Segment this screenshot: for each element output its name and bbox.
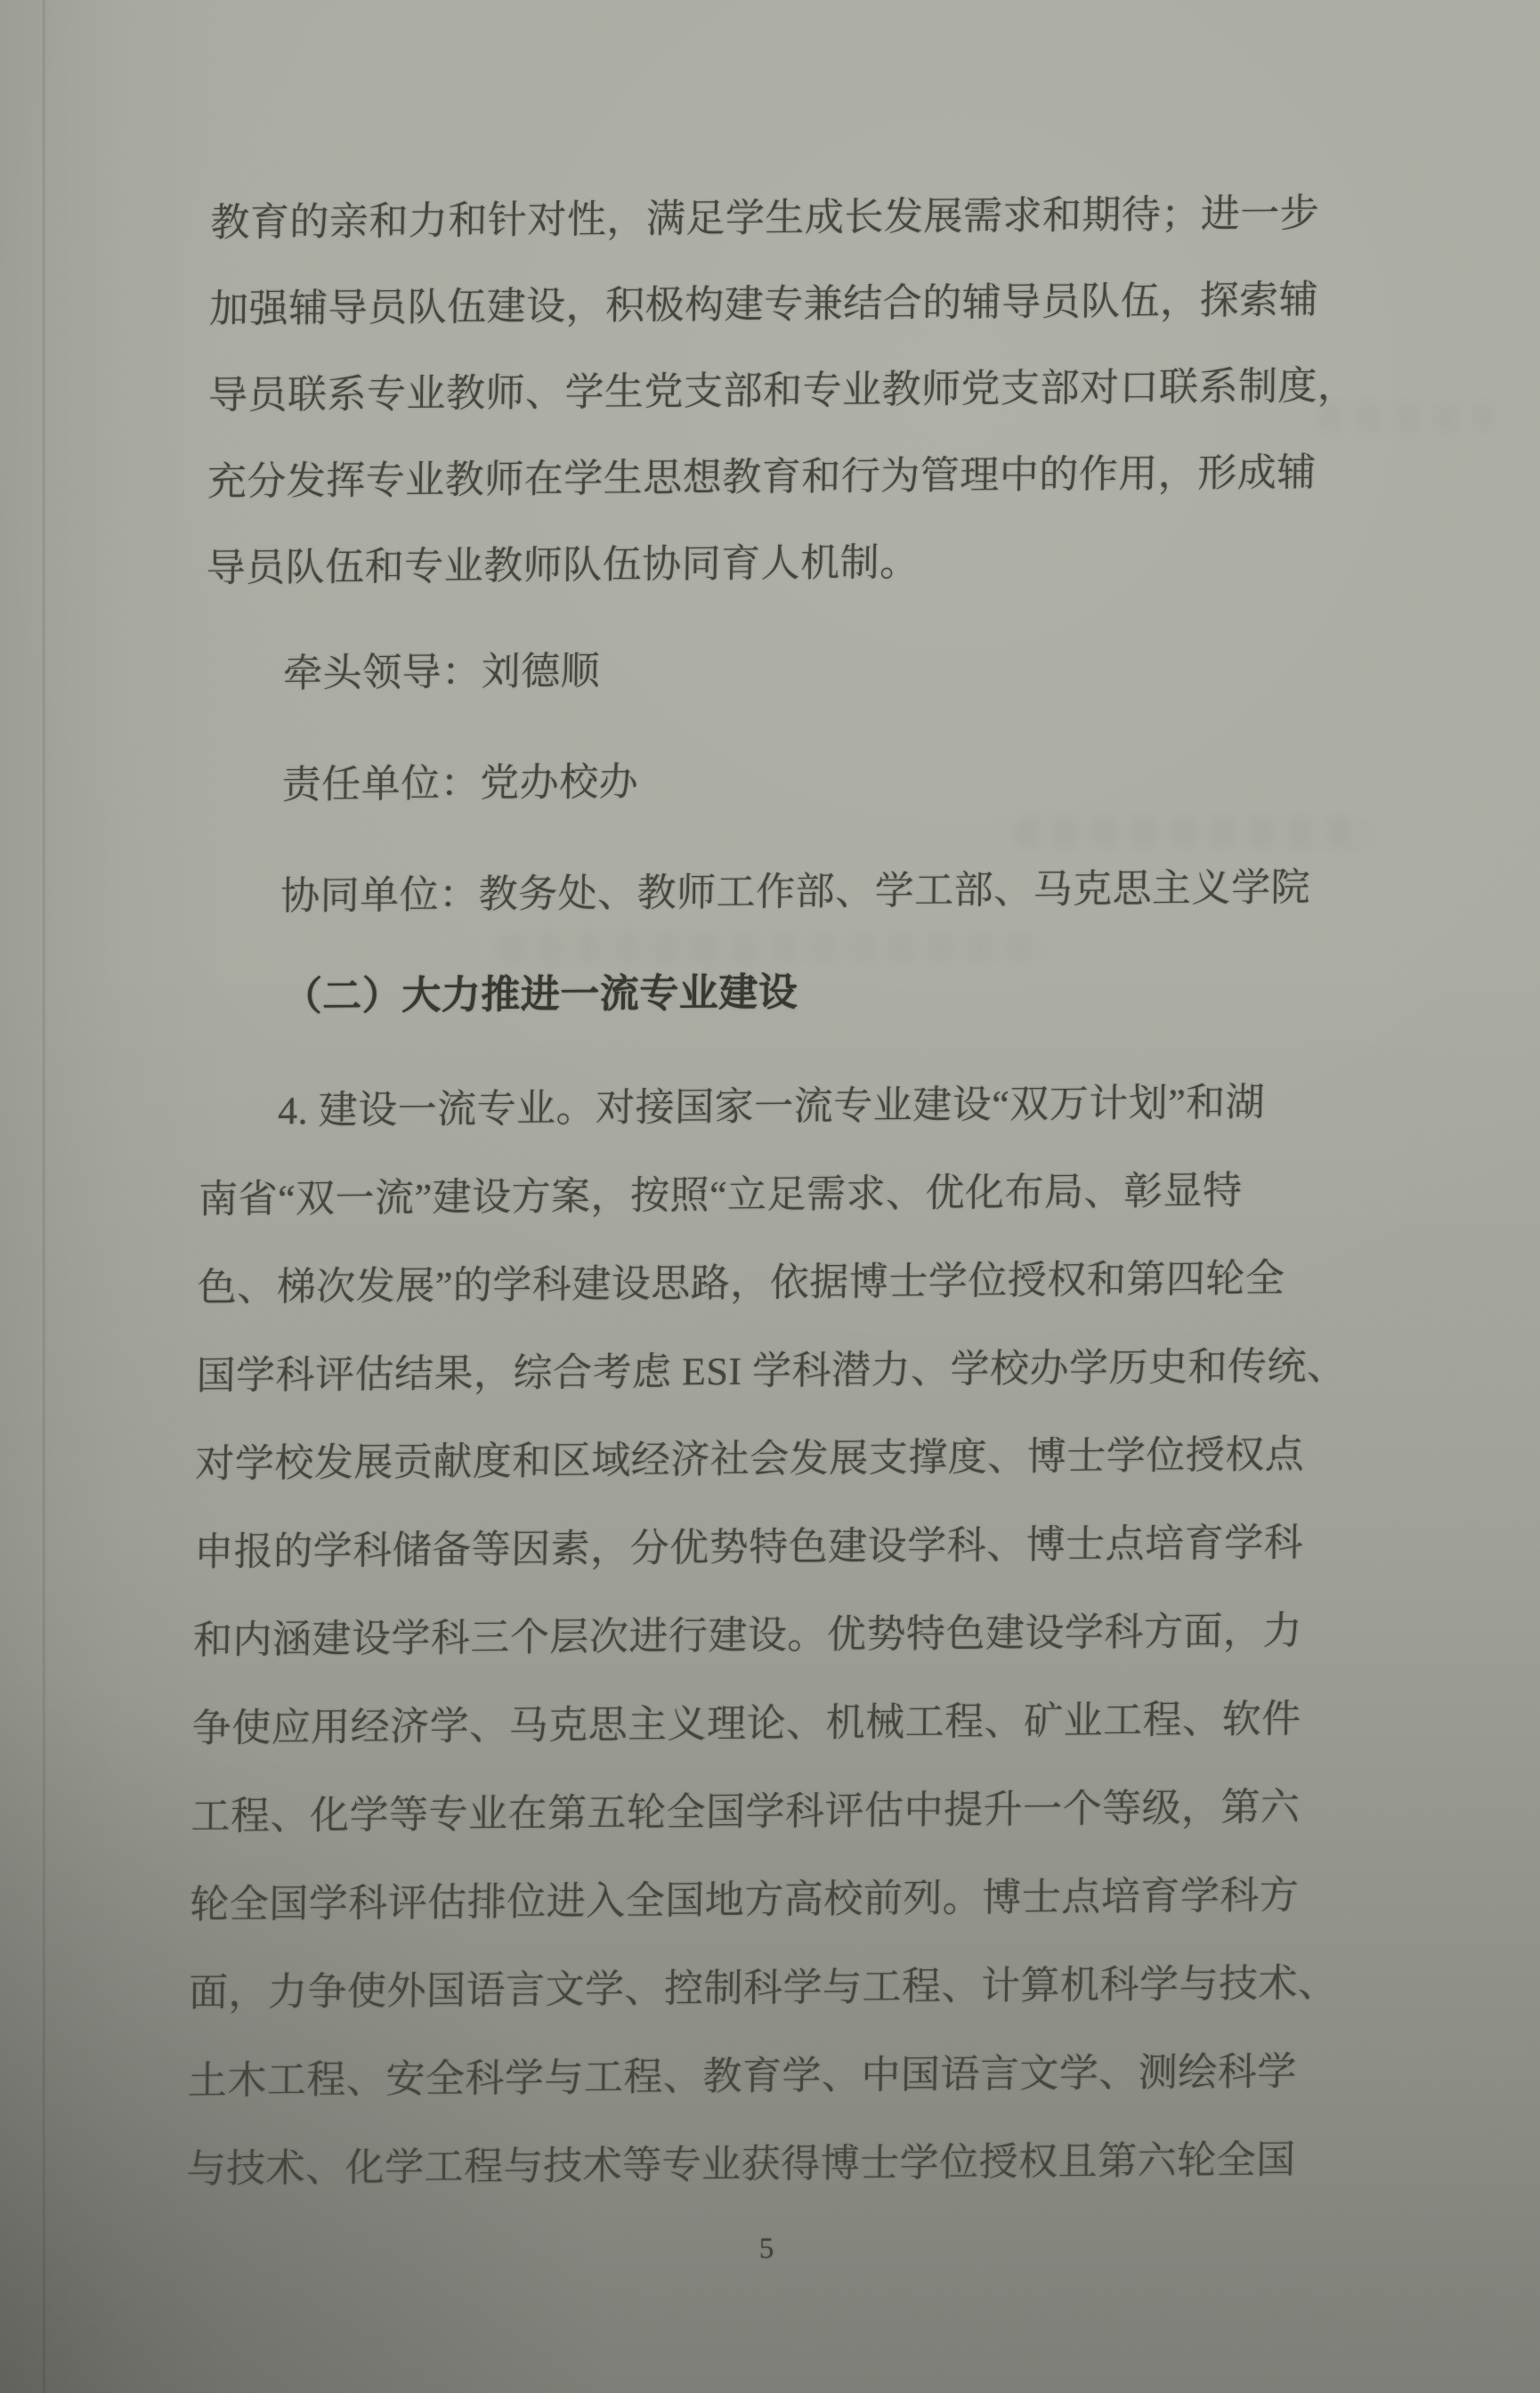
page-edge-shadow-line <box>43 0 46 2393</box>
text-line: 申报的学科储备等因素，分优势特色建设学科、博士点培育学科 <box>194 1498 1352 1596</box>
text-line: （二）大力推进一流专业建设 <box>200 945 1358 1041</box>
text-line: 与技术、化学工程与技术等专业获得博士学位授权且第六轮全国 <box>186 2115 1344 2213</box>
page-number: 5 <box>735 2233 798 2267</box>
text-line: 充分发挥专业教师在学生思想教育和行为管理中的作用，形成辅 <box>207 429 1365 525</box>
text-line: 加强辅导员队伍建设，积极构建专兼结合的辅导员队伍，探索辅 <box>209 256 1367 353</box>
text-line: 导员队伍和专业教师队伍协同育人机制。 <box>206 515 1364 612</box>
text-line: 导员联系专业教师、学生党支部和专业教师党支部对口联系制度， <box>207 343 1366 439</box>
paragraph-body1: 教育的亲和力和针对性，满足学生成长发展需求和期待；进一步加强辅导员队伍建设，积极… <box>206 170 1368 612</box>
document-text-block: 教育的亲和力和针对性，满足学生成长发展需求和期待；进一步加强辅导员队伍建设，积极… <box>186 170 1368 2214</box>
paragraph-heading: （二）大力推进一流专业建设 <box>200 945 1358 1041</box>
paragraph-info: 牵头领导：刘德顺责任单位：党办校办协同单位：教务处、教师工作部、学工部、马克思主… <box>201 609 1363 953</box>
text-line: 和内涵建设学科三个层次进行建设。优势特色建设学科方面，力 <box>192 1586 1350 1684</box>
text-line: 面，力争使外国语言文学、控制科学与工程、计算机科学与技术、 <box>189 1939 1347 2037</box>
text-line: 轮全国学科评估排位进入全国地方高校前列。博士点培育学科方 <box>190 1851 1348 1949</box>
text-line: 国学科评估结果，综合考虑 ESI 学科潜力、学校办学历史和传统、 <box>196 1322 1354 1420</box>
text-line: 南省“双一流”建设方案，按照“立足需求、优化布局、彰显特 <box>198 1146 1356 1244</box>
page-left-edge <box>0 0 45 2393</box>
paragraph-main: 4. 建设一流专业。对接国家一流专业建设“双万计划”和湖南省“双一流”建设方案，… <box>186 1058 1358 2214</box>
text-line: 土木工程、安全科学与工程、教育学、中国语言文学、测绘科学 <box>187 2027 1345 2125</box>
text-line: 4. 建设一流专业。对接国家一流专业建设“双万计划”和湖 <box>199 1058 1358 1156</box>
text-line: 工程、化学等专业在第五轮全国学科评估中提升一个等级，第六 <box>190 1763 1349 1861</box>
text-line: 对学校发展贡献度和区域经济社会发展支撑度、博士学位授权点 <box>195 1410 1353 1508</box>
text-line: 责任单位：党办校办 <box>203 720 1361 841</box>
text-line: 色、梯次发展”的学科建设思路，依据博士学位授权和第四轮全 <box>197 1234 1355 1332</box>
text-line: 协同单位：教务处、教师工作部、学工部、马克思主义学院 <box>201 831 1359 953</box>
text-line: 牵头领导：刘德顺 <box>204 609 1362 730</box>
photo-of-document-page: { "page": { "number": "5", "paragraphs":… <box>0 0 1540 2393</box>
text-line: 争使应用经济学、马克思主义理论、机械工程、矿业工程、软件 <box>191 1675 1350 1772</box>
text-line: 教育的亲和力和针对性，满足学生成长发展需求和期待；进一步 <box>210 170 1368 266</box>
